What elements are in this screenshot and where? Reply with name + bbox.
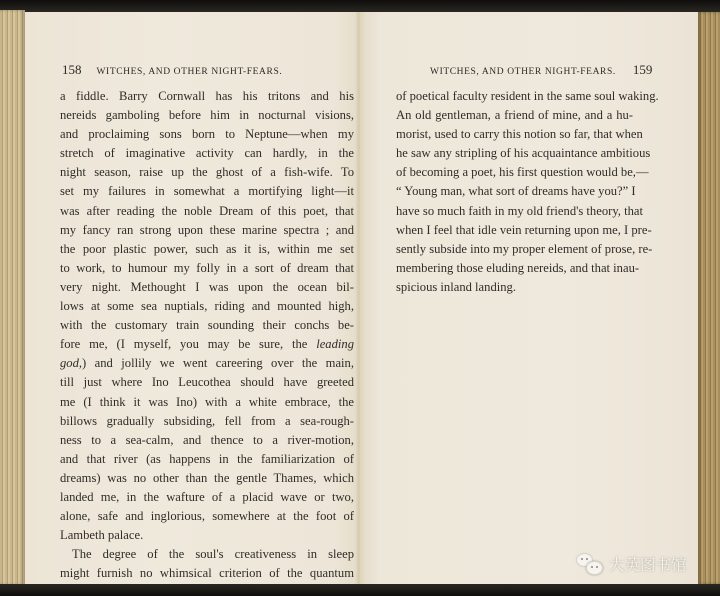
right-page-text: of poetical faculty resident in the same… — [396, 87, 633, 297]
book-cover-top — [0, 0, 720, 12]
text-line: landed me, in the wafture of a placid wa… — [60, 488, 354, 507]
text-line: Lambeth palace. — [60, 526, 354, 545]
text-line: my fancy ran strong upon these marine sp… — [60, 221, 354, 240]
text-segment: fore me, (I myself, you may be sure, the — [60, 337, 316, 351]
watermark: 大英图书馆 — [577, 552, 687, 576]
book-cover-bottom — [0, 584, 720, 596]
text-line: ness to a sea-calm, and thence to a rive… — [60, 431, 354, 450]
left-page-text: a fiddle. Barry Cornwall has his tritons… — [60, 87, 354, 583]
right-running-title: WITCHES, AND OTHER NIGHT-FEARS. — [430, 67, 616, 77]
text-line: and that river (as happens in the famili… — [60, 450, 354, 469]
text-line: membering those eluding nereids, and tha… — [396, 259, 633, 278]
left-running-head: 158 WITCHES, AND OTHER NIGHT-FEARS. — [62, 62, 282, 78]
text-line: The degree of the soul's creativeness in… — [60, 545, 354, 564]
text-line: An old gentleman, a friend of mine, and … — [396, 106, 633, 125]
italic-text: god, — [60, 356, 82, 370]
text-line: spicious inland landing. — [396, 278, 633, 297]
text-line: billows gradually subsiding, fell from a… — [60, 412, 354, 431]
text-line: stretch of imaginative activity can hard… — [60, 144, 354, 163]
text-line: might furnish no whimsical criterion of … — [60, 564, 354, 583]
text-line: set my failures in somewhat a mortifying… — [60, 182, 354, 201]
text-line: and proclaiming sons born to Neptune—whe… — [60, 125, 354, 144]
text-line: sently subside into my proper element of… — [396, 240, 633, 259]
text-line: have so much faith in my old friend's th… — [396, 202, 633, 221]
text-line: “ Young man, what sort of dreams have yo… — [396, 182, 633, 201]
text-line: nereids gamboling before him in nocturna… — [60, 106, 354, 125]
text-line: very night. Methought I was upon the oce… — [60, 278, 354, 297]
text-line: was after reading the noble Dream of thi… — [60, 202, 354, 221]
page-edges-right — [698, 12, 720, 584]
text-line: a fiddle. Barry Cornwall has his tritons… — [60, 87, 354, 106]
text-segment: ) and jollily we went careering over the… — [82, 356, 354, 370]
text-line: with the customary train sounding their … — [60, 316, 354, 335]
watermark-text: 大英图书馆 — [609, 553, 687, 575]
right-page-number: 159 — [633, 62, 653, 77]
text-line-with-italic: fore me, (I myself, you may be sure, the… — [60, 335, 354, 354]
open-book: 158 WITCHES, AND OTHER NIGHT-FEARS. WITC… — [0, 0, 720, 596]
text-line: when I feel that idle vein returning upo… — [396, 221, 633, 240]
text-line: of becoming a poet, his first question w… — [396, 163, 633, 182]
wechat-icon — [577, 553, 603, 575]
left-page-number: 158 — [62, 62, 82, 77]
italic-text: leading — [316, 337, 354, 351]
text-line: till just where Ino Leucothea should hav… — [60, 373, 354, 392]
text-line: night season, raise up the ghost of a fi… — [60, 163, 354, 182]
text-line: he saw any stripling of his acquaintance… — [396, 144, 633, 163]
book-gutter — [355, 12, 365, 584]
text-line: to work, to humour my folly in a sort of… — [60, 259, 354, 278]
text-line: me (I think it was Ino) with a white emb… — [60, 393, 354, 412]
text-line: the poor plastic power, such as it is, w… — [60, 240, 354, 259]
text-line: alone, safe and inglorious, somewhere at… — [60, 507, 354, 526]
text-line: of poetical faculty resident in the same… — [396, 87, 633, 106]
text-line: lows at some sea nuptials, riding and mo… — [60, 297, 354, 316]
text-line-with-italic: god,) and jollily we went careering over… — [60, 354, 354, 373]
page-edges-left — [0, 10, 25, 585]
right-running-head: WITCHES, AND OTHER NIGHT-FEARS. 159 — [430, 62, 652, 78]
text-line: dreams) was no other than the gentle Tha… — [60, 469, 354, 488]
left-running-title: WITCHES, AND OTHER NIGHT-FEARS. — [96, 67, 282, 77]
text-line: morist, used to carry this notion so far… — [396, 125, 633, 144]
